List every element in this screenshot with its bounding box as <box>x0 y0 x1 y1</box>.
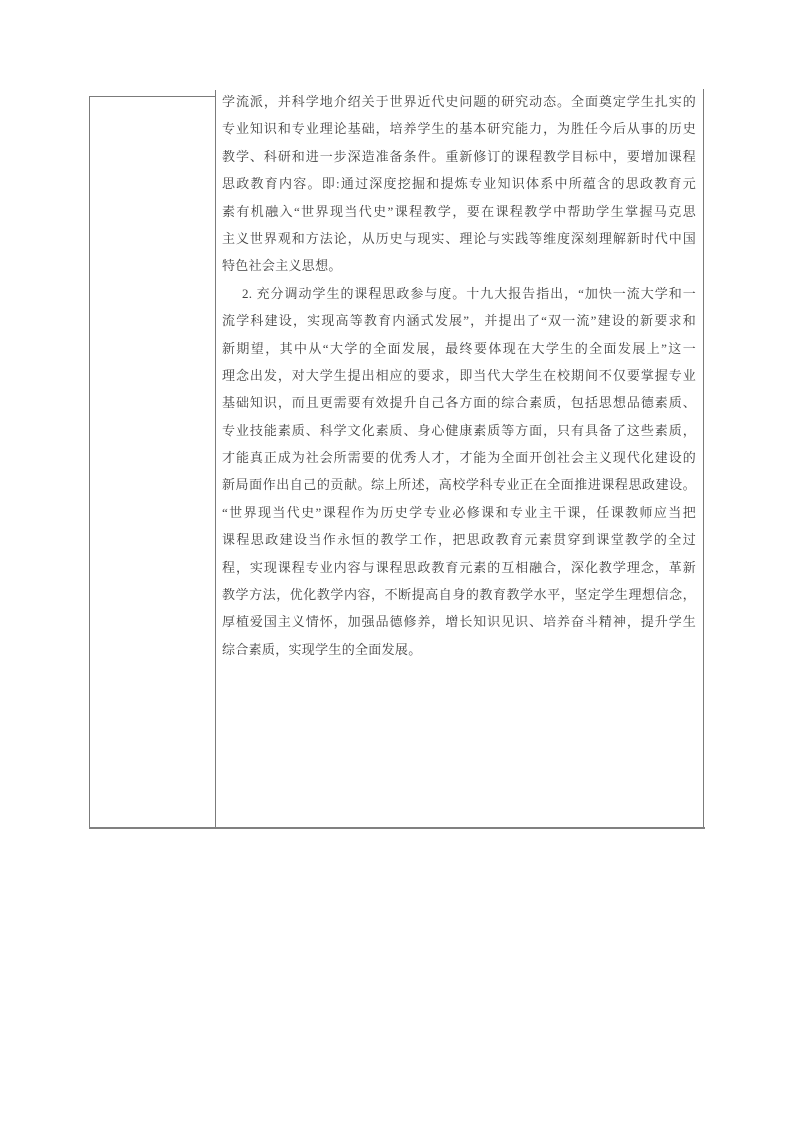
text-line: 素有机融入“世界现当代史”课程教学，要在课程教学中帮助学生掌握马克思 <box>222 198 696 225</box>
text-line: 程，实现课程专业内容与课程思政教育元素的互相融合，深化教学理念，革新 <box>222 554 696 581</box>
text-line: 理念出发，对大学生提出相应的要求，即当代大学生在校期间不仅要掌握专业 <box>222 362 696 389</box>
text-line: 新局面作出自己的贡献。综上所述，高校学科专业正在全面推进课程思政建设。 <box>222 471 696 498</box>
table-cell-left-empty <box>90 97 215 827</box>
text-line: 厚植爱国主义情怀，加强品德修养，增长知识见识、培养奋斗精神，提升学生 <box>222 608 696 635</box>
text-line: 新期望，其中从“大学的全面发展，最终要体现在大学生的全面发展上”这一 <box>222 335 696 362</box>
text-line: 2. 充分调动学生的课程思政参与度。十九大报告指出，“加快一流大学和一 <box>222 280 696 307</box>
table-column-divider <box>215 90 216 829</box>
text-line: 思政教育内容。即:通过深度挖掘和提炼专业知识体系中所蕴含的思政教育元 <box>222 170 696 197</box>
text-line: 流学科建设，实现高等教育内涵式发展”，并提出了“双一流”建设的新要求和 <box>222 307 696 334</box>
text-line: 专业技能素质、科学文化素质、身心健康素质等方面，只有具备了这些素质， <box>222 417 696 444</box>
table-border-bottom <box>89 827 705 829</box>
text-line: 才能真正成为社会所需要的优秀人才，才能为全面开创社会主义现代化建设的 <box>222 444 696 471</box>
table-border-right <box>703 89 704 829</box>
document-page: 学流派，并科学地介绍关于世界近代史问题的研究动态。全面奠定学生扎实的专业知识和专… <box>0 0 794 1122</box>
text-line: 教学、科研和进一步深造准备条件。重新修订的课程教学目标中，要增加课程 <box>222 143 696 170</box>
text-line: 课程思政建设当作永恒的教学工作，把思政教育元素贯穿到课堂教学的全过 <box>222 526 696 553</box>
text-line: 学流派，并科学地介绍关于世界近代史问题的研究动态。全面奠定学生扎实的 <box>222 88 696 115</box>
text-line: 基础知识，而且更需要有效提升自己各方面的综合素质，包括思想品德素质、 <box>222 389 696 416</box>
text-line: 特色社会主义思想。 <box>222 252 696 279</box>
text-line: 教学方法，优化教学内容，不断提高自身的教育教学水平，坚定学生理想信念， <box>222 581 696 608</box>
text-line: “世界现当代史”课程作为历史学专业必修课和专业主干课，任课教师应当把 <box>222 499 696 526</box>
text-line: 专业知识和专业理论基础，培养学生的基本研究能力，为胜任今后从事的历史 <box>222 115 696 142</box>
text-line: 主义世界观和方法论，从历史与现实、理论与实践等维度深刻理解新时代中国 <box>222 225 696 252</box>
table-cell-right-text: 学流派，并科学地介绍关于世界近代史问题的研究动态。全面奠定学生扎实的专业知识和专… <box>222 88 696 663</box>
text-line: 综合素质，实现学生的全面发展。 <box>222 636 696 663</box>
